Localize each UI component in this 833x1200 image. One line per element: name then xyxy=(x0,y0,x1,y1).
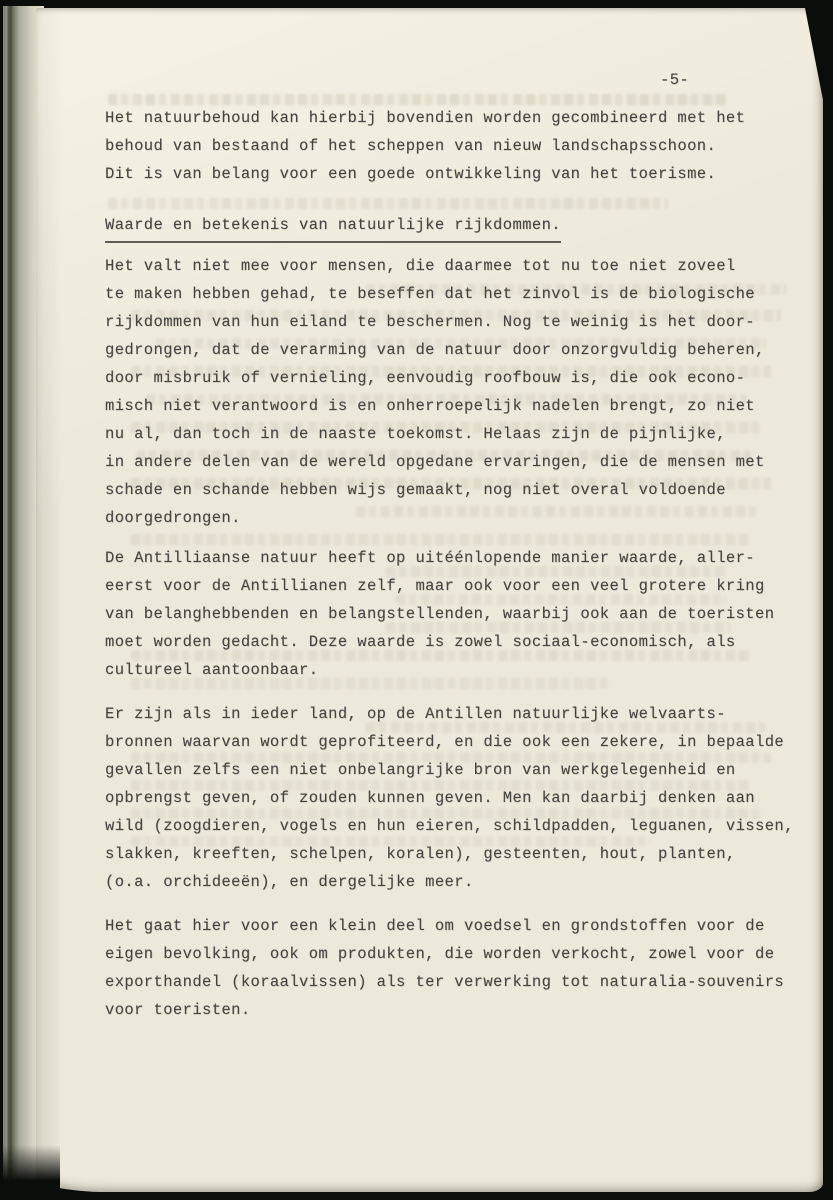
section-heading: Waarde en betekenis van natuurlijke rijk… xyxy=(105,211,561,243)
paragraph-2: Het valt niet mee voor mensen, die daarm… xyxy=(105,252,815,532)
photo-backdrop: -5- Het natuurbehoud kan hierbij bovendi… xyxy=(0,0,833,1200)
paragraph-5: Het gaat hier voor een klein deel om voe… xyxy=(105,912,815,1024)
paragraph-4: Er zijn als in ieder land, op de Antille… xyxy=(105,700,820,896)
paragraph-1: Het natuurbehoud kan hierbij bovendien w… xyxy=(105,104,805,188)
bleed-through-line xyxy=(108,198,668,209)
page-number: -5- xyxy=(660,66,689,94)
paragraph-3: De Antilliaanse natuur heeft op uitéénlo… xyxy=(105,544,815,684)
spine-bottom-shadow xyxy=(0,1145,60,1200)
clipped-page-corner xyxy=(805,8,823,100)
document-page: -5- Het natuurbehoud kan hierbij bovendi… xyxy=(36,8,823,1192)
